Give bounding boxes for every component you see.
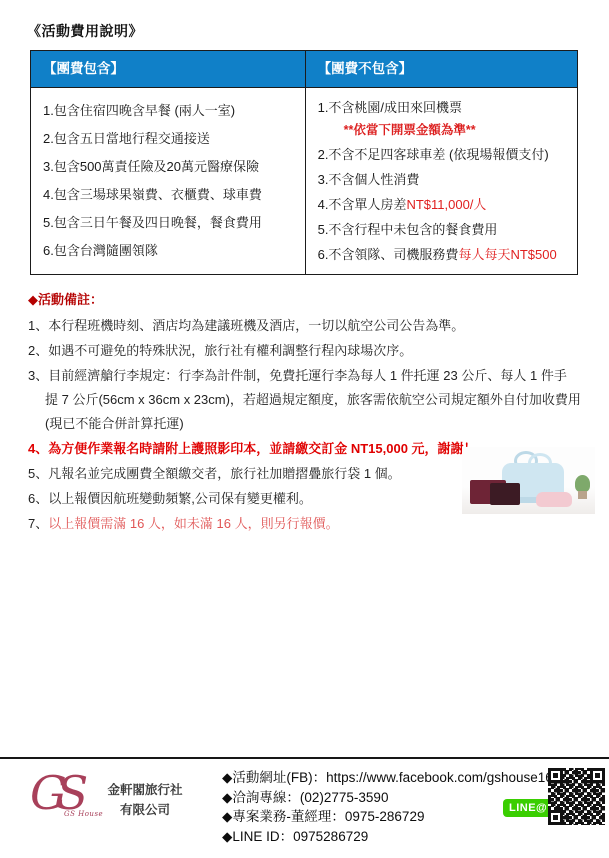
fee-include-item: 3.包含500萬責任險及20萬元醫療保險 xyxy=(43,157,295,176)
note-item-baggage: 3、目前經濟艙行李規定：行李為計件制，免費托運行李為每人 1 件托運 23 公斤… xyxy=(28,366,586,433)
facebook-url-line[interactable]: ◆活動網址(FB)：https://www.facebook.com/gshou… xyxy=(222,768,564,788)
single-room-surcharge: NT$11,000/人 xyxy=(406,197,486,212)
fee-exclude-item: 5.不含行程中未包含的餐食費用 xyxy=(318,220,567,239)
note-item-minimum: 7、以上報價需滿 16 人，如未滿 16 人，則另行報價。 xyxy=(28,514,586,533)
fee-exclude-item-text: 6.不含領隊、司機服務費 xyxy=(318,247,459,262)
company-name-line2: 有限公司 xyxy=(102,800,188,820)
fee-exclude-item: 6.不含領隊、司機服務費每人每天NT$500 xyxy=(318,245,567,264)
logo-caption: GS House xyxy=(64,810,103,818)
travel-bag-photo xyxy=(462,447,595,514)
footer-divider xyxy=(0,757,609,759)
fee-table-header-row: 【團費包含】 【團費不包含】 xyxy=(31,51,578,88)
company-logo: GS GS House xyxy=(30,764,108,828)
fee-include-item: 5.包含三日午餐及四日晚餐，餐食費用 xyxy=(43,213,295,232)
fee-include-header: 【團費包含】 xyxy=(31,51,306,88)
ticket-price-note: **依當下開票金額為準** xyxy=(344,121,567,139)
fee-exclude-item: 3.不含個人性消費 xyxy=(318,170,567,189)
company-name-line1: 金軒閣旅行社 xyxy=(102,780,188,800)
note-baggage-line1: 3、目前經濟艙行李規定：行李為計件制，免費托運行李為每人 1 件托運 23 公斤… xyxy=(28,366,586,385)
fee-include-item: 6.包含台灣隨團領隊 xyxy=(43,241,295,260)
plant-pot-icon xyxy=(578,491,587,499)
fee-exclude-cell: 1.不含桃園/成田來回機票 **依當下開票金額為準** 2.不含不足四客球車差 … xyxy=(305,88,577,275)
note-number: 7、 xyxy=(28,516,48,531)
minimum-pax-warning: 以上報價需滿 16 人，如未滿 16 人，則另行報價。 xyxy=(48,516,338,531)
fee-include-cell: 1.包含住宿四晚含早餐 (兩人一室) 2.包含五日當地行程交通接送 3.包含50… xyxy=(31,88,306,275)
note-item: 1、本行程班機時刻、酒店均為建議班機及酒店，一切以航空公司公告為準。 xyxy=(28,316,586,335)
note-item: 2、如遇不可避免的特殊狀況，旅行社有權利調整行程內球場次序。 xyxy=(28,341,586,360)
note-baggage-line3: (現已不能合併計算托運) xyxy=(28,414,586,433)
qr-finder-icon xyxy=(548,768,563,783)
fee-include-item: 2.包含五日當地行程交通接送 xyxy=(43,129,295,148)
line-qr-code xyxy=(548,768,605,825)
fee-exclude-item: 1.不含桃園/成田來回機票 xyxy=(318,98,567,117)
tip-fee: 每人每天NT$500 xyxy=(458,247,556,262)
qr-finder-icon xyxy=(590,768,605,783)
passport-wallet-icon xyxy=(490,483,520,505)
notes-heading: ◆活動備註： xyxy=(28,292,586,308)
fee-include-item: 4.包含三場球果嶺費、衣櫃費、球車費 xyxy=(43,185,295,204)
fee-table-body-row: 1.包含住宿四晚含早餐 (兩人一室) 2.包含五日當地行程交通接送 3.包含50… xyxy=(31,88,578,275)
line-at-badge: LINE@ xyxy=(503,799,553,817)
pink-pouch-icon xyxy=(536,492,572,507)
fee-table: 【團費包含】 【團費不包含】 1.包含住宿四晚含早餐 (兩人一室) 2.包含五日… xyxy=(30,50,578,275)
qr-finder-icon xyxy=(548,810,563,825)
company-name: 金軒閣旅行社 有限公司 xyxy=(102,780,188,820)
fee-exclude-item: 4.不含單人房差NT$11,000/人 xyxy=(318,195,567,214)
fee-include-item: 1.包含住宿四晚含早餐 (兩人一室) xyxy=(43,101,295,120)
page-title: 《活動費用說明》 xyxy=(27,21,143,41)
fee-exclude-header: 【團費不包含】 xyxy=(305,51,577,88)
note-baggage-line2: 提 7 公斤(56cm x 36cm x 23cm)，若超過規定額度，旅客需依航… xyxy=(28,390,586,409)
flyer-page: 《活動費用說明》 【團費包含】 【團費不包含】 1.包含住宿四晚含早餐 (兩人一… xyxy=(0,0,609,858)
plant-icon xyxy=(575,475,590,492)
fee-exclude-item: 2.不含不足四客球車差 (依現場報價支付) xyxy=(318,145,567,164)
fee-exclude-item-text: 4.不含單人房差 xyxy=(318,197,407,212)
line-id-line: ◆LINE ID：0975286729 xyxy=(222,827,564,847)
